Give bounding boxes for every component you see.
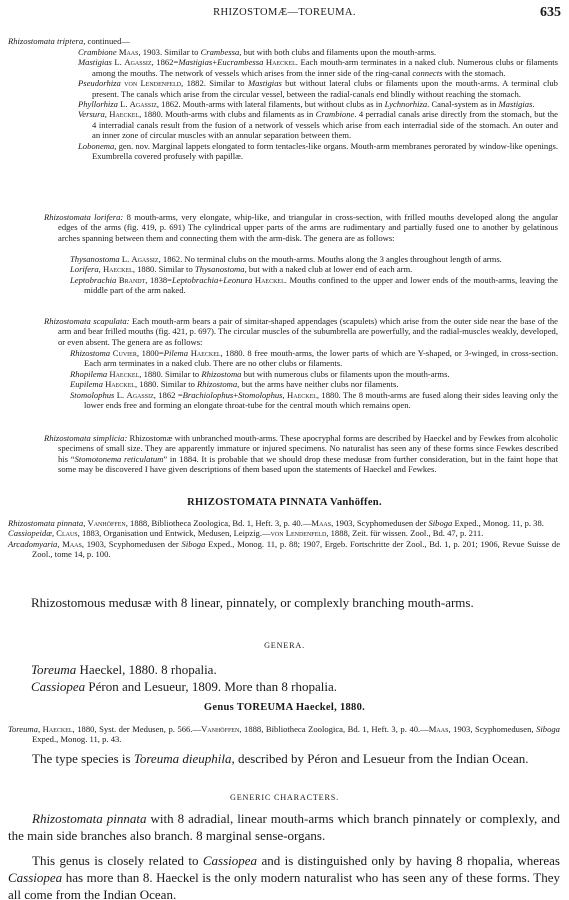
italic-taxon: Mastigias: [248, 78, 282, 88]
genus-entry-leptobrachia: Leptobrachia Brandt, 1838=Leptobrachia+L…: [70, 275, 558, 296]
entry-text: , 1882. Similar to: [181, 78, 248, 88]
entry-text: , gen. nov. Marginal lappets elongated t…: [92, 141, 558, 161]
entry-text: but with numerous clubs or filaments upo…: [241, 369, 449, 379]
author-name: Maas: [429, 724, 449, 734]
genus-toreuma-heading: Genus TOREUMA Haeckel, 1880.: [0, 702, 569, 713]
author-name: Claus: [56, 528, 77, 538]
entry-text: , but the arms have neither clubs nor fi…: [237, 379, 398, 389]
italic-taxon: Thysanostoma: [195, 264, 245, 274]
author-initial: L.: [114, 390, 126, 400]
genus-name: Phyllorhiza: [78, 99, 118, 109]
generic-characters-heading: GENERIC CHARACTERS.: [0, 793, 569, 802]
author-name: von Lendenfeld: [271, 528, 327, 538]
lorifera-genera-list: Thysanostoma L. Agassiz, 1862. No termin…: [70, 254, 558, 296]
continued-label: , continued—: [83, 36, 130, 46]
genus-entry-lorifera: Lorifera, Haeckel, 1880. Similar to Thys…: [70, 264, 558, 274]
genus-entry-rhizostoma: Rhizostoma Cuvier, 1800=Pilema Haeckel, …: [70, 348, 558, 369]
author-name: Agassiz: [130, 99, 157, 109]
author-name: Maas: [119, 47, 139, 57]
author-initial: L.: [120, 254, 132, 264]
italic-taxon: Mastigias: [178, 57, 212, 67]
synonymy-entry: Cassiopeidæ, Claus, 1883, Organisation u…: [8, 528, 560, 538]
author-name: Haeckel: [103, 264, 133, 274]
entry-text: . Canal-system as in: [427, 99, 498, 109]
citation-text: Exped., Monog. 11, p. 43.: [32, 734, 121, 744]
citation-text: , 1903, Scyphomedusen der: [82, 539, 182, 549]
author-name: Brandt: [119, 275, 145, 285]
entry-text: , 1880. Similar to: [133, 264, 195, 274]
taxon-name: Rhizostomata simplicia:: [44, 433, 127, 443]
entry-text: , 1862. No terminal clubs on the mouth-a…: [159, 254, 502, 264]
entry-text: , but with both clubs and filaments upon…: [239, 47, 436, 57]
italic-taxon: Stomotonema reticulatum: [75, 454, 164, 464]
pinnata-heading: RHIZOSTOMATA PINNATA Vanhöffen.: [0, 497, 569, 508]
genus-entry-eupilema: Eupilema Haeckel, 1880. Similar to Rhizo…: [70, 379, 558, 389]
genus-key-text: Péron and Lesueur, 1809. More than 8 rho…: [85, 679, 337, 694]
italic-taxon: Leptobrachia: [172, 275, 218, 285]
genus-entry-lobonema: Lobonema, gen. nov. Marginal lappets elo…: [78, 141, 558, 162]
genus-name: Eupilema: [70, 379, 103, 389]
genus-entry-mastigias: Mastigias L. Agassiz, 1862=Mastigias+Euc…: [78, 57, 558, 78]
paragraph-text: has more than 8. Haeckel is the only mod…: [8, 870, 560, 900]
italic-word: connects: [412, 68, 442, 78]
genus-entry-stomolophus: Stomolophus L. Agassiz, 1862 =Brachiolop…: [70, 390, 558, 411]
genus-name: Rhizostoma: [70, 348, 110, 358]
italic-taxon: Eucrambessa: [217, 57, 263, 67]
triptera-genera-list: Crambione Maas, 1903. Similar to Crambes…: [78, 47, 558, 161]
running-title: RHIZOSTOMÆ—TOREUMA.: [0, 7, 569, 18]
genus-entry-rhopilema: Rhopilema Haeckel, 1880. Similar to Rhiz…: [70, 369, 558, 379]
entry-text: , 1838=: [145, 275, 172, 285]
italic-word: Siboga: [536, 724, 560, 734]
citation-text: , 1888, Bibliotheca Zoologica, Bd. 1, He…: [126, 518, 312, 528]
synonymy-entry: Arcadomyaria, Maas, 1903, Scyphomedusen …: [8, 539, 560, 560]
generic-characters-paragraph-1: Rhizostomata pinnata with 8 adradial, li…: [8, 810, 560, 844]
genus-name: Stomolophus: [70, 390, 114, 400]
italic-taxon: Brachiolophus: [183, 390, 234, 400]
author-name: Haeckel: [191, 348, 221, 358]
author-initial: L.: [112, 57, 124, 67]
paragraph-text: and is distinguished only by having 8 rh…: [257, 853, 560, 868]
italic-taxon: Stomolophus: [238, 390, 282, 400]
entry-text: , 1880. Similar to: [135, 379, 197, 389]
italic-taxon: Crambione: [316, 109, 355, 119]
genus-name: Cassiopea: [203, 853, 257, 868]
citation-text: Exped., Monog. 11, p. 38.: [452, 518, 544, 528]
genus-name: Versura: [78, 109, 105, 119]
author-name: Haeckel: [109, 369, 139, 379]
author-name: Vanhöffen: [88, 518, 126, 528]
author-name: Haeckel: [105, 379, 135, 389]
running-head: RHIZOSTOMÆ—TOREUMA. 635: [0, 5, 569, 21]
genus-entry-phyllorhiza: Phyllorhiza L. Agassiz, 1862. Mouth-arms…: [78, 99, 558, 109]
genus-entry-crambione: Crambione Maas, 1903. Similar to Crambes…: [78, 47, 558, 57]
scapulata-section: Rhizostomata scapulata: Each mouth-arm b…: [44, 316, 558, 347]
genus-entry-versura: Versura, Haeckel, 1880. Mouth-arms with …: [78, 109, 558, 140]
author-name: Agassiz: [127, 390, 154, 400]
author-name: Haeckel: [266, 57, 296, 67]
toreuma-synonymy: Toreuma, Haeckel, 1880, Syst. der Meduse…: [8, 724, 560, 745]
type-species-paragraph: The type species is Toreuma dieuphila, d…: [8, 750, 560, 767]
author-name: Haeckel: [43, 724, 73, 734]
italic-taxon: Rhizostoma: [201, 369, 241, 379]
book-page: RHIZOSTOMÆ—TOREUMA. 635 Rhizostomata tri…: [0, 0, 569, 900]
author-name: Agassiz: [131, 254, 158, 264]
taxon-name: Rhizostomata triptera: [8, 36, 83, 46]
italic-taxon: Leonura: [223, 275, 252, 285]
citation-text: , 1888, Zeit. für wissen. Zool., Bd. 47,…: [326, 528, 483, 538]
author-name: Agassiz: [124, 57, 151, 67]
genera-item-cassiopea: Cassiopea Péron and Lesueur, 1809. More …: [31, 678, 551, 695]
genera-heading: GENERA.: [0, 641, 569, 650]
genera-list: Toreuma Haeckel, 1880. 8 rhopalia. Cassi…: [31, 661, 551, 695]
citation-text: , 1880, Syst. der Medusen, p. 566.—: [73, 724, 202, 734]
italic-word: Siboga: [182, 539, 206, 549]
synonymy-entry: Toreuma, Haeckel, 1880, Syst. der Meduse…: [8, 724, 560, 745]
italic-taxon: Crambessa: [201, 47, 240, 57]
entry-text: , 1903. Similar to: [138, 47, 200, 57]
lorifera-description: Rhizostomata lorifera: 8 mouth-arms, ver…: [44, 212, 558, 243]
species-name: Toreuma dieuphila: [134, 751, 232, 766]
page-number: 635: [540, 5, 561, 21]
paragraph-text: This genus is closely related to: [32, 853, 203, 868]
entry-text: , 1862. Mouth-arms with lateral filament…: [157, 99, 385, 109]
taxon-name: Arcadomyaria: [8, 539, 57, 549]
pinnata-synonymy: Rhizostomata pinnata, Vanhöffen, 1888, B…: [8, 518, 560, 560]
simplicia-section: Rhizostomata simplicia: Rhizostomæ with …: [44, 433, 558, 475]
citation-text: , 1888, Bibliotheca Zoologica, Bd. 1, He…: [239, 724, 428, 734]
generic-characters-paragraph-2: This genus is closely related to Cassiop…: [8, 852, 560, 900]
genus-entry-thysanostoma: Thysanostoma L. Agassiz, 1862. No termin…: [70, 254, 558, 264]
lorifera-section: Rhizostomata lorifera: 8 mouth-arms, ver…: [44, 212, 558, 243]
genus-name: Leptobrachia: [70, 275, 116, 285]
italic-taxon: Mastigias: [499, 99, 533, 109]
author-name: Maas: [311, 518, 331, 528]
taxon-name: Rhizostomata pinnata: [32, 811, 147, 826]
section-text: Each mouth-arm bears a pair of simitar-s…: [58, 316, 558, 347]
citation-text: , 1883, Organisation und Entwick, Meduse…: [78, 528, 271, 538]
entry-text: , 1862 =: [154, 390, 183, 400]
author-initial: L.: [118, 99, 130, 109]
italic-word: Siboga: [428, 518, 452, 528]
triptera-heading: Rhizostomata triptera, continued—: [8, 36, 558, 46]
citation-text: , 1903, Scyphomedusen der: [331, 518, 428, 528]
entry-text: , but with a naked club at lower end of …: [245, 264, 413, 274]
simplicia-description: Rhizostomata simplicia: Rhizostomæ with …: [44, 433, 558, 475]
italic-taxon: Lychnorhiza: [385, 99, 428, 109]
paragraph-text: , described by Péron and Lesueur from th…: [231, 751, 528, 766]
author-name: Haeckel: [109, 109, 139, 119]
entry-text: , 1880. Similar to: [139, 369, 201, 379]
entry-text: , 1862=: [152, 57, 179, 67]
paragraph-text: The type species is: [32, 751, 134, 766]
genus-key-text: Haeckel, 1880. 8 rhopalia.: [76, 662, 216, 677]
genus-name: Lobonema: [78, 141, 114, 151]
author-name: Cuvier: [113, 348, 137, 358]
citation-text: , 1903, Scyphomedusen,: [448, 724, 536, 734]
genus-name: Cassiopea: [31, 679, 85, 694]
author-name: Maas: [62, 539, 82, 549]
scapulata-genera-list: Rhizostoma Cuvier, 1800=Pilema Haeckel, …: [70, 348, 558, 410]
scapulata-description: Rhizostomata scapulata: Each mouth-arm b…: [44, 316, 558, 347]
pinnata-diagnosis: Rhizostomous medusæ with 8 linear, pinna…: [31, 594, 561, 611]
genera-item-toreuma: Toreuma Haeckel, 1880. 8 rhopalia.: [31, 661, 551, 678]
italic-taxon: Pilema: [164, 348, 188, 358]
taxon-name: Toreuma: [8, 724, 38, 734]
author-name: Vanhöffen: [201, 724, 239, 734]
entry-text: .: [532, 99, 534, 109]
italic-taxon: Rhizostoma: [197, 379, 237, 389]
genus-name: Rhopilema: [70, 369, 107, 379]
taxon-name: Rhizostomata lorifera:: [44, 212, 123, 222]
author-name: Haeckel: [287, 390, 317, 400]
genus-name: Mastigias: [78, 57, 112, 67]
taxon-name: Rhizostomata scapulata:: [44, 316, 130, 326]
author-name: von Lendenfeld: [124, 78, 181, 88]
entry-text: , 1880. Mouth-arms with clubs and filame…: [139, 109, 316, 119]
entry-text: with the stomach.: [442, 68, 505, 78]
taxon-name: Rhizostomata pinnata: [8, 518, 83, 528]
genus-name: Cassiopea: [8, 870, 62, 885]
genus-name: Lorifera: [70, 264, 99, 274]
taxon-name: Cassiopeidæ: [8, 528, 52, 538]
author-name: Haeckel: [255, 275, 285, 285]
genus-name: Thysanostoma: [70, 254, 120, 264]
section-text: 8 mouth-arms, very elongate, whip-like, …: [58, 212, 558, 243]
genus-entry-pseudorhiza: Pseudorhiza von Lendenfeld, 1882. Simila…: [78, 78, 558, 99]
entry-text: , 1800=: [137, 348, 164, 358]
genus-name: Pseudorhiza: [78, 78, 121, 88]
genus-name: Toreuma: [31, 662, 76, 677]
synonymy-entry: Rhizostomata pinnata, Vanhöffen, 1888, B…: [8, 518, 560, 528]
genus-name: Crambione: [78, 47, 117, 57]
